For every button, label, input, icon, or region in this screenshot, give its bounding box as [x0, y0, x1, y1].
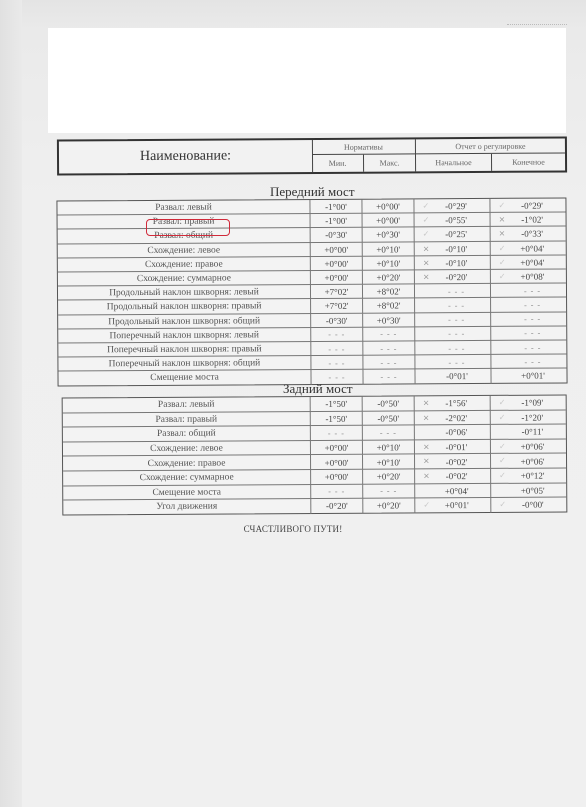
initial-value: -0°01': [446, 442, 468, 452]
check-icon: ✓: [423, 230, 430, 239]
cropped-text-fragment: [507, 24, 567, 29]
min-cell: -1°50': [311, 397, 363, 412]
initial-cell: ×-0°20': [415, 270, 491, 285]
initial-value: +0°04': [445, 486, 469, 496]
name-value: Развал: общий: [157, 429, 216, 439]
final-cell: - - -: [491, 326, 566, 341]
final-value: +0°06': [521, 456, 545, 466]
min-cell: +0°00': [311, 470, 363, 485]
initial-cell: ×-1°56': [415, 396, 491, 411]
name-cell: Схождение: правое: [58, 257, 311, 273]
name-value: Схождение: правое: [145, 259, 223, 269]
name-cell: Развал: общий: [63, 426, 311, 442]
initial-cell: +0°04': [415, 484, 491, 499]
min-cell: +0°00': [311, 441, 363, 456]
initial-cell: ×-0°02': [415, 454, 491, 469]
final-value: - - -: [524, 286, 541, 295]
final-cell: ×-1°02': [491, 213, 566, 228]
min-cell: - - -: [311, 356, 363, 371]
cross-icon: ×: [423, 457, 430, 466]
max-value: +0°20': [377, 472, 401, 482]
min-value: -1°00': [325, 216, 347, 226]
initial-cell: ✓-0°55': [415, 213, 491, 228]
initial-value: -1°56': [445, 398, 467, 408]
initial-value: - - -: [448, 301, 465, 310]
check-icon: ✓: [499, 272, 506, 281]
check-icon: ✓: [499, 398, 506, 407]
final-cell: ✓+0°04': [491, 241, 566, 256]
min-value: - - -: [328, 487, 345, 496]
initial-value: -0°01': [446, 372, 468, 382]
final-value: - - -: [524, 301, 541, 310]
cross-icon: ×: [423, 442, 430, 451]
cross-icon: ×: [423, 244, 430, 253]
check-icon: ✓: [499, 258, 506, 267]
cross-icon: ×: [423, 272, 430, 281]
check-icon: ✓: [423, 500, 430, 509]
column-header-table: Наименование: Нормативы Отчет о регулиро…: [57, 136, 567, 175]
max-cell: +0°00': [363, 214, 415, 229]
final-header: Конечное: [492, 153, 565, 170]
cross-icon: ×: [499, 215, 506, 224]
max-cell: +8°02': [363, 285, 415, 300]
max-value: +0°00': [376, 202, 400, 212]
initial-header: Начальное: [416, 154, 492, 171]
final-value: -0°00': [522, 500, 544, 510]
check-icon: ✓: [499, 471, 506, 480]
max-cell: +0°10': [363, 455, 415, 470]
min-value: +0°00': [325, 472, 349, 482]
cross-icon: ×: [423, 413, 430, 422]
min-cell: -0°30': [311, 228, 363, 243]
final-value: +0°04': [520, 257, 544, 267]
max-value: - - -: [380, 372, 397, 381]
initial-cell: -0°01': [415, 369, 491, 384]
min-cell: +0°00': [311, 256, 363, 271]
max-value: - - -: [380, 487, 397, 496]
min-cell: +0°00': [311, 271, 363, 286]
min-cell: -0°30': [311, 313, 363, 328]
max-cell: +0°10': [363, 242, 415, 257]
initial-value: - - -: [448, 358, 465, 367]
min-cell: +7°02': [311, 285, 363, 300]
cross-icon: ×: [423, 471, 430, 480]
max-value: -0°50': [377, 413, 399, 423]
min-cell: -1°00': [310, 200, 362, 215]
initial-cell: ✓-0°25': [415, 227, 491, 242]
footer-message: СЧАСТЛИВОГО ПУТИ!: [0, 524, 586, 534]
norms-header: Нормативы: [312, 139, 416, 155]
initial-cell: - - -: [415, 312, 491, 327]
min-cell: - - -: [311, 484, 363, 499]
final-cell: +0°05': [491, 483, 566, 498]
max-value: +0°10': [376, 244, 400, 254]
check-icon: ✓: [423, 215, 430, 224]
initial-cell: - - -: [415, 298, 491, 313]
name-value: Смещение моста: [150, 373, 219, 383]
final-cell: - - -: [491, 298, 566, 313]
max-cell: +0°00': [362, 199, 414, 214]
final-cell: ✓+0°12': [491, 468, 566, 483]
name-value: Продольный наклон шкворня: правый: [107, 302, 262, 313]
final-cell: ✓+0°06': [491, 454, 566, 469]
min-header: Мин.: [312, 155, 364, 172]
name-cell: Схождение: суммарное: [58, 271, 311, 287]
final-cell: ×-0°33': [491, 227, 566, 242]
min-cell: -1°00': [311, 214, 363, 229]
final-value: +0°12': [521, 471, 545, 481]
name-value: Поперечный наклон шкворня: общий: [109, 359, 261, 370]
min-cell: +0°00': [311, 455, 363, 470]
initial-value: -0°29': [445, 201, 467, 211]
initial-value: - - -: [448, 329, 465, 338]
max-header: Макс.: [364, 154, 416, 171]
max-cell: - - -: [363, 327, 415, 342]
max-cell: +0°30': [363, 228, 415, 243]
report-header: Отчет о регулировке: [416, 138, 565, 154]
min-value: - - -: [328, 429, 345, 438]
min-value: +7°02': [325, 287, 349, 297]
min-cell: - - -: [311, 426, 363, 441]
rear-axle-table: Развал: левый-1°50'-0°50'×-1°56'✓-1°09'Р…: [62, 394, 568, 515]
final-cell: +0°01': [491, 369, 566, 384]
max-value: +0°10': [376, 258, 400, 268]
final-value: +0°05': [521, 485, 545, 495]
name-cell: Продольный наклон шкворня: общий: [58, 314, 311, 330]
name-column-header: Наименование:: [59, 140, 313, 174]
max-value: +0°30': [377, 315, 401, 325]
red-highlight-box: [146, 219, 230, 236]
max-cell: - - -: [363, 356, 415, 371]
cross-icon: ×: [499, 229, 506, 238]
table-row: Угол движения-0°20'+0°20'✓+0°01'✓-0°00': [63, 498, 566, 516]
initial-cell: ×-0°10': [415, 242, 491, 257]
name-cell: Схождение: левое: [63, 441, 311, 457]
name-cell: Продольный наклон шкворня: левый: [58, 285, 311, 301]
min-value: -0°20': [326, 501, 348, 511]
initial-value: -2°02': [445, 413, 467, 423]
name-value: Продольный наклон шкворня: левый: [109, 288, 259, 299]
final-value: -0°33': [521, 229, 543, 239]
initial-value: - - -: [448, 344, 465, 353]
final-value: -0°11': [522, 427, 543, 437]
max-cell: -0°50': [363, 396, 415, 411]
max-cell: +8°02': [363, 299, 415, 314]
name-cell: Схождение: суммарное: [63, 470, 311, 486]
name-value: Развал: левый: [158, 400, 215, 410]
max-value: +0°10': [377, 457, 401, 467]
name-cell: Развал: правый: [63, 412, 311, 428]
front-axle-title: Передний мост: [270, 184, 355, 200]
final-cell: ✓-1°20': [491, 410, 566, 425]
min-value: +0°00': [325, 457, 349, 467]
check-icon: ✓: [499, 500, 506, 509]
initial-cell: ×-2°02': [415, 411, 491, 426]
name-value: Развал: левый: [155, 203, 212, 213]
check-icon: ✓: [499, 442, 506, 451]
initial-value: -0°02': [446, 457, 468, 467]
name-value: Развал: правый: [155, 414, 217, 424]
min-cell: -1°50': [311, 411, 363, 426]
max-cell: +0°20': [363, 270, 415, 285]
name-cell: Продольный наклон шкворня: правый: [58, 299, 311, 315]
initial-value: -0°20': [446, 272, 468, 282]
final-value: -1°09': [521, 398, 543, 408]
initial-cell: -0°06': [415, 425, 491, 440]
final-value: - - -: [524, 357, 541, 366]
final-value: - - -: [524, 315, 541, 324]
initial-value: - - -: [448, 315, 465, 324]
initial-value: -0°06': [445, 428, 467, 438]
max-value: - - -: [380, 344, 397, 353]
max-value: +0°10': [377, 443, 401, 453]
initial-cell: ×-0°01': [415, 440, 491, 455]
name-cell: Схождение: левое: [58, 243, 311, 259]
initial-cell: ✓-0°29': [414, 199, 490, 214]
scan-edge-shadow: [0, 0, 22, 807]
name-value: Угол движения: [156, 502, 217, 512]
max-cell: +0°20': [363, 499, 415, 514]
initial-cell: - - -: [415, 284, 491, 299]
name-cell: Развал: левый: [63, 397, 311, 413]
name-value: Смещение моста: [152, 487, 221, 497]
initial-value: -0°55': [445, 215, 467, 225]
name-cell: Схождение: правое: [63, 455, 311, 471]
name-value: Продольный наклон шкворня: общий: [108, 316, 260, 327]
final-cell: ✓-0°29': [490, 198, 565, 213]
final-value: -1°02': [521, 215, 543, 225]
final-cell: - - -: [491, 355, 566, 370]
front-axle-table: Развал: левый-1°00'+0°00'✓-0°29'✓-0°29'Р…: [56, 197, 567, 386]
initial-value: - - -: [448, 287, 465, 296]
min-value: +0°00': [324, 273, 348, 283]
initial-cell: - - -: [415, 355, 491, 370]
max-cell: -0°50': [363, 411, 415, 426]
name-cell: Угол движения: [63, 499, 311, 515]
min-cell: - - -: [311, 342, 363, 357]
rear-axle-title: Задний мост: [283, 381, 353, 397]
max-value: +8°02': [377, 287, 401, 297]
max-cell: +0°10': [363, 440, 415, 455]
final-value: +0°06': [521, 442, 545, 452]
name-cell: Развал: левый: [57, 200, 310, 216]
check-icon: ✓: [498, 201, 505, 210]
initial-value: -0°10': [445, 258, 467, 268]
initial-value: -0°10': [445, 244, 467, 254]
cross-icon: ×: [423, 398, 430, 407]
max-value: +0°30': [376, 230, 400, 240]
min-value: -0°30': [326, 315, 348, 325]
name-value: Поперечный наклон шкворня: левый: [110, 330, 260, 341]
final-value: -1°20': [521, 412, 543, 422]
final-value: +0°01': [521, 371, 545, 381]
final-cell: ✓+0°04': [491, 255, 566, 270]
min-value: - - -: [328, 344, 345, 353]
min-cell: +7°02': [311, 299, 363, 314]
max-value: +0°00': [376, 216, 400, 226]
min-value: - - -: [328, 359, 345, 368]
max-value: +8°02': [377, 301, 401, 311]
final-cell: ✓-0°00': [491, 498, 566, 513]
min-value: - - -: [328, 330, 345, 339]
name-cell: Смещение моста: [63, 485, 311, 501]
cross-icon: ×: [423, 258, 430, 267]
max-value: - - -: [380, 428, 397, 437]
check-icon: ✓: [499, 243, 506, 252]
max-value: +0°20': [377, 501, 401, 511]
final-value: +0°08': [520, 272, 544, 282]
name-cell: Поперечный наклон шкворня: общий: [58, 356, 311, 372]
final-cell: ✓+0°06': [491, 439, 566, 454]
min-value: +0°00': [324, 244, 348, 254]
max-cell: - - -: [363, 484, 415, 499]
max-value: +0°20': [376, 273, 400, 283]
max-value: -0°50': [377, 399, 399, 409]
final-cell: -0°11': [491, 425, 566, 440]
name-value: Поперечный наклон шкворня: правый: [107, 344, 262, 355]
min-value: +0°00': [324, 259, 348, 269]
name-value: Схождение: суммарное: [137, 274, 231, 285]
final-cell: - - -: [491, 312, 566, 327]
final-value: -0°29': [521, 201, 543, 211]
max-cell: - - -: [363, 370, 415, 385]
final-value: - - -: [524, 343, 541, 352]
max-cell: - - -: [363, 341, 415, 356]
check-icon: ✓: [499, 412, 506, 421]
min-value: -1°50': [325, 414, 347, 424]
max-value: - - -: [380, 330, 397, 339]
max-cell: +0°30': [363, 313, 415, 328]
initial-value: -0°25': [445, 230, 467, 240]
check-icon: ✓: [422, 201, 429, 210]
final-cell: - - -: [491, 340, 566, 355]
name-value: Схождение: левое: [147, 245, 220, 255]
min-cell: -0°20': [311, 499, 363, 514]
name-cell: Поперечный наклон шкворня: левый: [58, 328, 311, 344]
final-cell: ✓+0°08': [491, 269, 566, 284]
max-value: - - -: [380, 358, 397, 367]
max-cell: +0°10': [363, 256, 415, 271]
redacted-header-area: [48, 28, 566, 133]
final-value: - - -: [524, 329, 541, 338]
initial-cell: ✓+0°01': [415, 498, 491, 513]
min-value: -0°30': [325, 230, 347, 240]
min-cell: +0°00': [311, 242, 363, 257]
name-value: Схождение: правое: [148, 458, 226, 468]
final-cell: - - -: [491, 284, 566, 299]
name-cell: Поперечный наклон шкворня: правый: [58, 342, 311, 358]
final-cell: ✓-1°09': [491, 395, 566, 410]
min-value: -1°50': [325, 399, 347, 409]
initial-cell: - - -: [415, 341, 491, 356]
name-value: Схождение: левое: [150, 444, 223, 454]
min-value: +7°02': [325, 301, 349, 311]
name-value: Схождение: суммарное: [140, 473, 234, 484]
max-cell: +0°20': [363, 469, 415, 484]
name-cell: Смещение моста: [58, 370, 311, 386]
check-icon: ✓: [499, 456, 506, 465]
min-value: -1°00': [325, 202, 347, 212]
initial-cell: ×-0°02': [415, 469, 491, 484]
final-value: +0°04': [520, 243, 544, 253]
initial-value: +0°01': [445, 501, 469, 511]
initial-cell: - - -: [415, 327, 491, 342]
min-value: +0°00': [325, 443, 349, 453]
initial-cell: ×-0°10': [415, 256, 491, 271]
max-cell: - - -: [363, 426, 415, 441]
initial-value: -0°02': [446, 471, 468, 481]
min-cell: - - -: [311, 327, 363, 342]
